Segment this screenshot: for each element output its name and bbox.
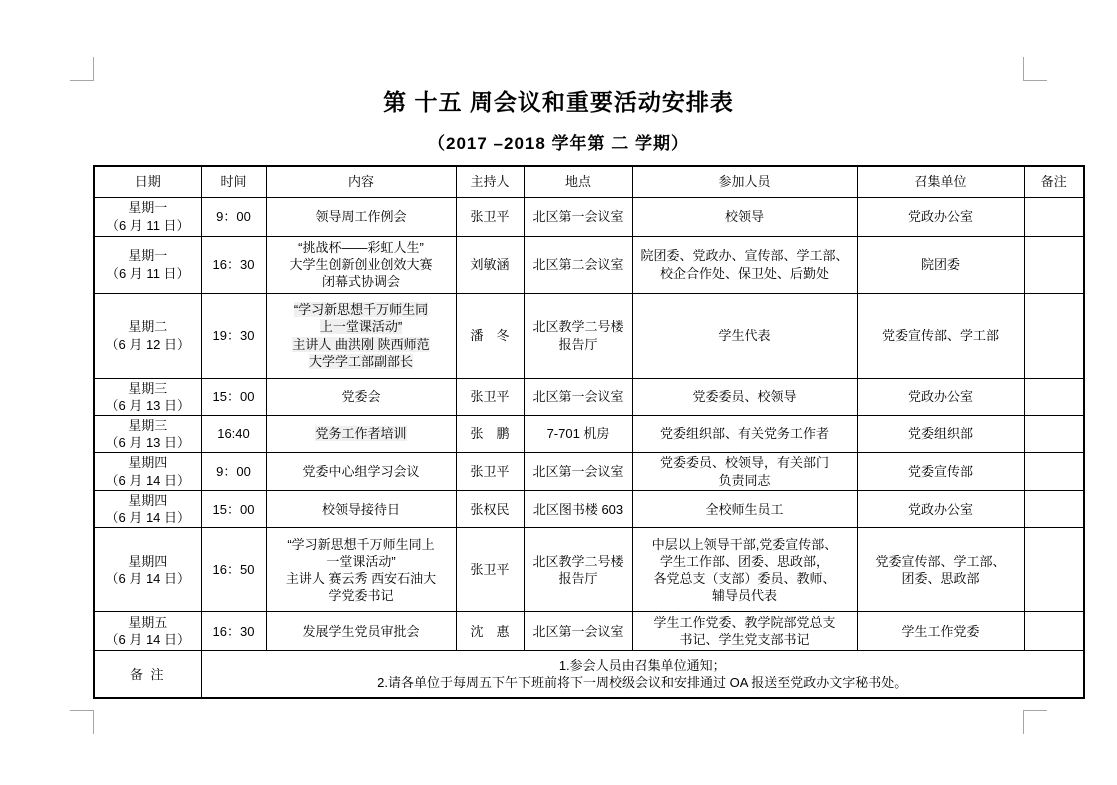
participants-cell: 校领导 <box>632 197 857 236</box>
participants-cell: 中层以上领导干部,党委宣传部、 学生工作部、团委、思政部， 各党总支（支部）委员… <box>632 528 857 612</box>
location-cell: 北区第二会议室 <box>524 236 632 293</box>
host-cell: 张 鹏 <box>456 415 524 452</box>
content-cell: 党委中心组学习会议 <box>266 453 456 491</box>
time-cell: 15：00 <box>201 491 266 528</box>
time-cell: 16：50 <box>201 528 266 612</box>
host-cell: 张权民 <box>456 491 524 528</box>
notes-text: 1.参会人员由召集单位通知； 2.请各单位于每周五下午下班前将下一周校级会议和安… <box>201 651 1084 698</box>
location-cell: 北区第一会议室 <box>524 378 632 415</box>
organizer-cell: 党委宣传部、学工部、 团委、思政部 <box>857 528 1024 612</box>
header-host: 主持人 <box>456 166 524 197</box>
header-date: 日期 <box>94 166 201 197</box>
content-text: 校领导接待日 <box>322 502 400 517</box>
header-organizer: 召集单位 <box>857 166 1024 197</box>
time-cell: 9：00 <box>201 453 266 491</box>
date-cell: 星期三 （6 月 13 日） <box>94 415 201 452</box>
location-cell: 北区教学二号楼 报告厅 <box>524 528 632 612</box>
location-cell: 北区第一会议室 <box>524 453 632 491</box>
header-row: 日期 时间 内容 主持人 地点 参加人员 召集单位 备注 <box>94 166 1084 197</box>
participants-cell: 党委委员、校领导 <box>632 378 857 415</box>
location-cell: 北区图书楼 603 <box>524 491 632 528</box>
document-title: 第 十五 周会议和重要活动安排表 <box>0 84 1117 117</box>
time-cell: 15：00 <box>201 378 266 415</box>
organizer-cell: 党委宣传部、学工部 <box>857 293 1024 378</box>
remark-cell <box>1024 528 1084 612</box>
time-cell: 16:40 <box>201 415 266 452</box>
content-cell: 校领导接待日 <box>266 491 456 528</box>
content-text: 党委中心组学习会议 <box>302 464 419 479</box>
remark-cell <box>1024 491 1084 528</box>
content-text: 领导周工作例会 <box>315 209 406 224</box>
header-participants: 参加人员 <box>632 166 857 197</box>
crop-mark-top-left <box>70 57 94 81</box>
remark-cell <box>1024 378 1084 415</box>
header-remark: 备注 <box>1024 166 1084 197</box>
remark-cell <box>1024 236 1084 293</box>
table-row: 星期二 （6 月 12 日） 19：30 “学习新思想千万师生同 上一堂课活动”… <box>94 293 1084 378</box>
time-cell: 9：00 <box>201 197 266 236</box>
location-cell: 北区第一会议室 <box>524 197 632 236</box>
notes-row: 备 注 1.参会人员由召集单位通知； 2.请各单位于每周五下午下班前将下一周校级… <box>94 651 1084 698</box>
content-cell: 党委会 <box>266 378 456 415</box>
remark-cell <box>1024 612 1084 651</box>
remark-cell <box>1024 197 1084 236</box>
participants-cell: 党委委员、校领导，有关部门 负责同志 <box>632 453 857 491</box>
organizer-cell: 院团委 <box>857 236 1024 293</box>
table-row: 星期五 （6 月 14 日） 16：30 发展学生党员审批会 沈 惠 北区第一会… <box>94 612 1084 651</box>
table-row: 星期三 （6 月 13 日） 15：00 党委会 张卫平 北区第一会议室 党委委… <box>94 378 1084 415</box>
date-cell: 星期五 （6 月 14 日） <box>94 612 201 651</box>
content-cell: “学习新思想千万师生同上 一堂课活动” 主讲人 赛云秀 西安石油大 学党委书记 <box>266 528 456 612</box>
header-location: 地点 <box>524 166 632 197</box>
host-cell: 张卫平 <box>456 528 524 612</box>
host-cell: 潘 冬 <box>456 293 524 378</box>
content-text: 党委会 <box>341 389 380 404</box>
date-cell: 星期四 （6 月 14 日） <box>94 491 201 528</box>
table-row: 星期四 （6 月 14 日） 16：50 “学习新思想千万师生同上 一堂课活动”… <box>94 528 1084 612</box>
crop-mark-top-right <box>1023 57 1047 81</box>
date-cell: 星期二 （6 月 12 日） <box>94 293 201 378</box>
participants-cell: 学生代表 <box>632 293 857 378</box>
time-cell: 19：30 <box>201 293 266 378</box>
notes-label: 备 注 <box>94 651 201 698</box>
table-row: 星期四 （6 月 14 日） 9：00 党委中心组学习会议 张卫平 北区第一会议… <box>94 453 1084 491</box>
document-subtitle: （2017 –2018 学年第 二 学期） <box>0 129 1117 154</box>
table-row: 星期一 （6 月 11 日） 16：30 “挑战杯——彩虹人生” 大学生创新创业… <box>94 236 1084 293</box>
table-row: 星期四 （6 月 14 日） 15：00 校领导接待日 张权民 北区图书楼 60… <box>94 491 1084 528</box>
participants-cell: 院团委、党政办、宣传部、学工部、 校企合作处、保卫处、后勤处 <box>632 236 857 293</box>
participants-cell: 全校师生员工 <box>632 491 857 528</box>
organizer-cell: 党委组织部 <box>857 415 1024 452</box>
time-cell: 16：30 <box>201 612 266 651</box>
schedule-table: 日期 时间 内容 主持人 地点 参加人员 召集单位 备注 星期一 （6 月 11… <box>93 165 1085 699</box>
host-cell: 沈 惠 <box>456 612 524 651</box>
host-cell: 张卫平 <box>456 197 524 236</box>
organizer-cell: 党政办公室 <box>857 378 1024 415</box>
organizer-cell: 党政办公室 <box>857 491 1024 528</box>
content-cell: “挑战杯——彩虹人生” 大学生创新创业创效大赛 闭幕式协调会 <box>266 236 456 293</box>
content-cell: 领导周工作例会 <box>266 197 456 236</box>
date-cell: 星期一 （6 月 11 日） <box>94 197 201 236</box>
location-cell: 7-701 机房 <box>524 415 632 452</box>
remark-cell <box>1024 293 1084 378</box>
content-text: “学习新思想千万师生同上 一堂课活动” 主讲人 赛云秀 西安石油大 学党委书记 <box>286 537 436 603</box>
content-text-highlighted: “学习新思想千万师生同 上一堂课活动” 主讲人 曲洪刚 陕西师范 大学学工部副部… <box>292 302 429 368</box>
participants-cell: 党委组织部、有关党务工作者 <box>632 415 857 452</box>
content-text: 发展学生党员审批会 <box>302 624 419 639</box>
remark-cell <box>1024 415 1084 452</box>
host-cell: 刘敏涵 <box>456 236 524 293</box>
table-row: 星期一 （6 月 11 日） 9：00 领导周工作例会 张卫平 北区第一会议室 … <box>94 197 1084 236</box>
date-cell: 星期四 （6 月 14 日） <box>94 453 201 491</box>
crop-mark-bottom-left <box>70 710 94 734</box>
organizer-cell: 学生工作党委 <box>857 612 1024 651</box>
organizer-cell: 党委宣传部 <box>857 453 1024 491</box>
organizer-cell: 党政办公室 <box>857 197 1024 236</box>
content-cell: 党务工作者培训 <box>266 415 456 452</box>
crop-mark-bottom-right <box>1023 710 1047 734</box>
location-cell: 北区第一会议室 <box>524 612 632 651</box>
date-cell: 星期一 （6 月 11 日） <box>94 236 201 293</box>
content-text: “挑战杯——彩虹人生” 大学生创新创业创效大赛 闭幕式协调会 <box>289 240 432 289</box>
header-time: 时间 <box>201 166 266 197</box>
content-cell: 发展学生党员审批会 <box>266 612 456 651</box>
participants-cell: 学生工作党委、教学院部党总支 书记、学生党支部书记 <box>632 612 857 651</box>
remark-cell <box>1024 453 1084 491</box>
host-cell: 张卫平 <box>456 378 524 415</box>
table-row: 星期三 （6 月 13 日） 16:40 党务工作者培训 张 鹏 7-701 机… <box>94 415 1084 452</box>
header-content: 内容 <box>266 166 456 197</box>
date-cell: 星期四 （6 月 14 日） <box>94 528 201 612</box>
time-cell: 16：30 <box>201 236 266 293</box>
host-cell: 张卫平 <box>456 453 524 491</box>
location-cell: 北区教学二号楼 报告厅 <box>524 293 632 378</box>
date-cell: 星期三 （6 月 13 日） <box>94 378 201 415</box>
content-text-highlighted: 党务工作者培训 <box>315 426 406 441</box>
content-cell: “学习新思想千万师生同 上一堂课活动” 主讲人 曲洪刚 陕西师范 大学学工部副部… <box>266 293 456 378</box>
